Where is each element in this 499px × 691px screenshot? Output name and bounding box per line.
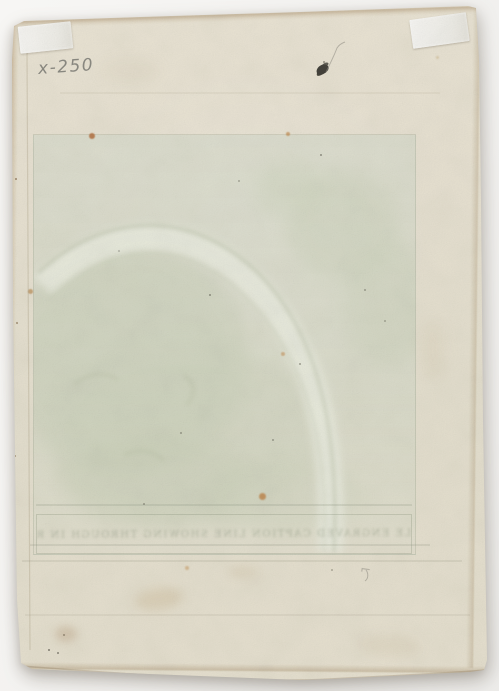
press-streak bbox=[36, 504, 412, 506]
toned-left-edge bbox=[3, 22, 19, 670]
dark-speck bbox=[209, 294, 211, 296]
stain-smudge bbox=[228, 566, 258, 578]
bottom-deckle-edge-line bbox=[21, 666, 486, 680]
foxing-spot bbox=[259, 493, 266, 500]
dark-speck bbox=[384, 320, 386, 322]
ghost-caption-box: ILLEGIBLE ENGRAVED CAPTION LINE SHOWING … bbox=[36, 514, 412, 554]
tape-remnant-top-right bbox=[409, 12, 469, 49]
dark-speck bbox=[238, 180, 240, 182]
dark-speck bbox=[63, 634, 65, 636]
foxing-spot bbox=[185, 566, 189, 570]
press-streak bbox=[22, 560, 462, 562]
dark-speck bbox=[323, 61, 325, 63]
foxing-spot bbox=[286, 132, 290, 136]
ink-blot bbox=[315, 63, 331, 77]
ghost-image-graphic bbox=[34, 135, 415, 554]
stain-smudge bbox=[55, 626, 77, 642]
tape-remnant-top-left bbox=[18, 21, 74, 53]
foxing-spot bbox=[89, 133, 95, 139]
ghost-tree-mass-3 bbox=[254, 162, 324, 218]
dark-speck bbox=[15, 178, 17, 180]
photo-backdrop: ILLEGIBLE ENGRAVED CAPTION LINE SHOWING … bbox=[0, 0, 499, 691]
dark-speck bbox=[364, 289, 366, 291]
press-streak bbox=[30, 544, 430, 546]
press-streak bbox=[25, 614, 470, 616]
ghost-caption-mirrored-text: ILLEGIBLE ENGRAVED CAPTION LINE SHOWING … bbox=[36, 527, 412, 541]
stain-smudge bbox=[360, 634, 421, 657]
stain-smudge bbox=[100, 58, 160, 84]
foxing-spot bbox=[436, 56, 439, 59]
toned-bottom-edge bbox=[20, 662, 488, 673]
foxing-spot bbox=[281, 352, 285, 356]
ghost-plate-impression: ILLEGIBLE ENGRAVED CAPTION LINE SHOWING … bbox=[33, 134, 416, 555]
dark-speck bbox=[57, 652, 59, 654]
dark-speck bbox=[272, 439, 274, 441]
dark-speck bbox=[331, 569, 333, 571]
stain-smudge bbox=[134, 585, 185, 613]
press-streak bbox=[60, 92, 440, 94]
dark-speck bbox=[16, 322, 18, 324]
sheet-shadow-wrap: ILLEGIBLE ENGRAVED CAPTION LINE SHOWING … bbox=[0, 0, 499, 691]
print-sheet-verso: ILLEGIBLE ENGRAVED CAPTION LINE SHOWING … bbox=[0, 0, 499, 691]
collector-number-inscription: x-250 bbox=[37, 55, 94, 79]
dark-speck bbox=[299, 363, 301, 365]
dark-speck bbox=[180, 432, 182, 434]
dark-speck bbox=[48, 649, 50, 651]
dark-speck bbox=[320, 154, 322, 156]
foxing-spot bbox=[28, 289, 33, 294]
dark-speck bbox=[14, 455, 16, 457]
stain-smudge bbox=[420, 320, 446, 380]
dark-speck bbox=[143, 503, 145, 505]
toned-right-edge bbox=[466, 8, 480, 668]
dark-speck bbox=[118, 250, 120, 252]
pencil-squiggle-mark: ⌐ bbox=[359, 562, 372, 578]
